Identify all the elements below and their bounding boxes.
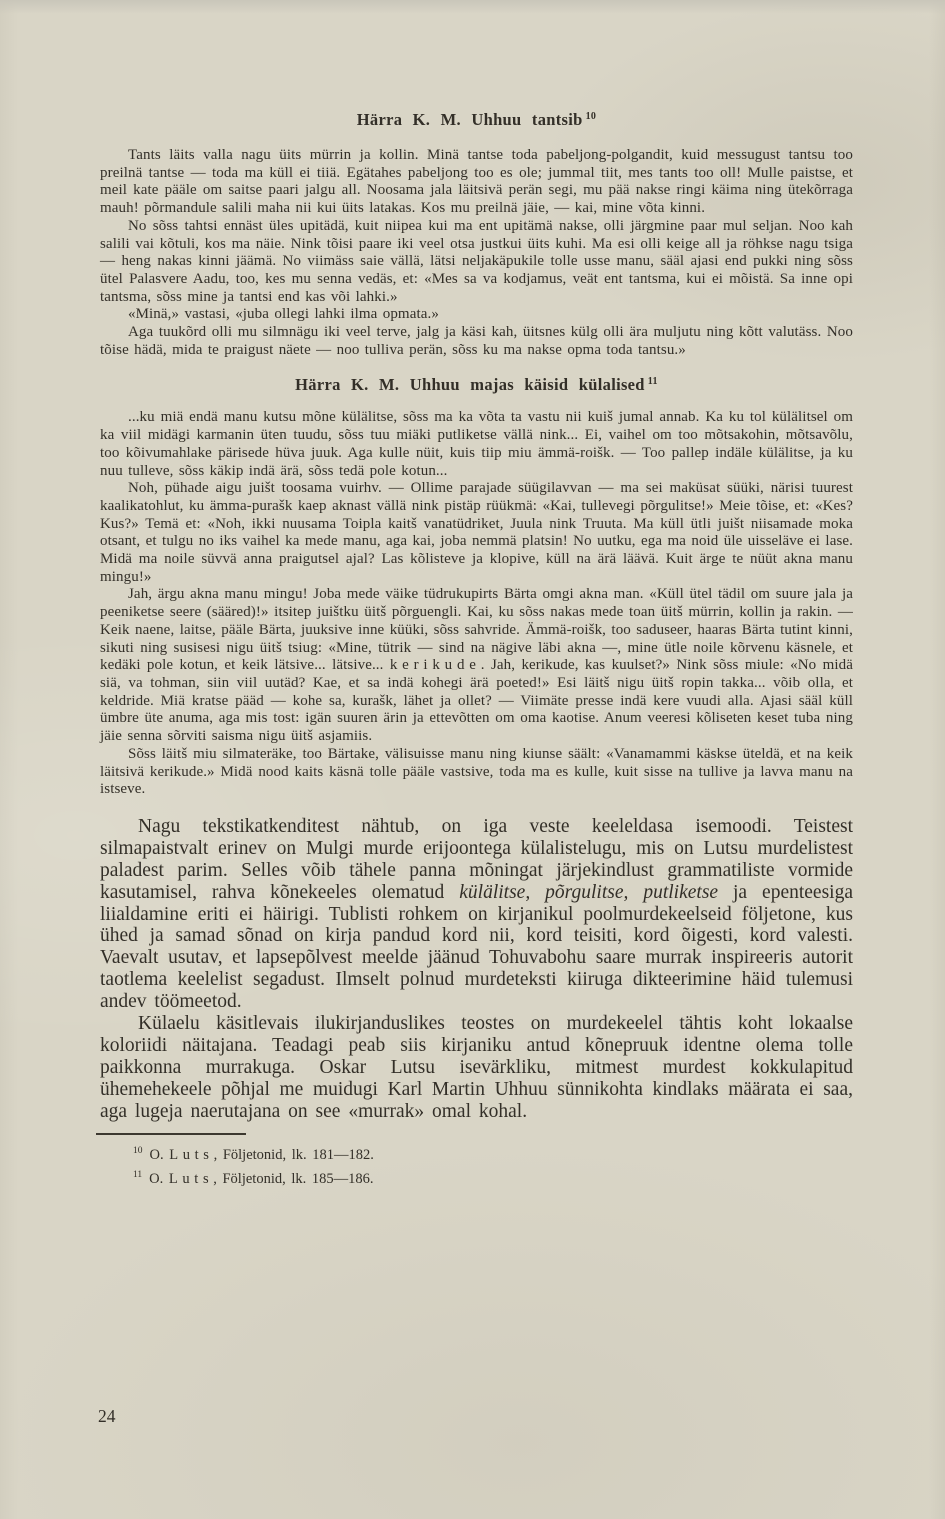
footnotes: 10O. Luts, Följetonid, lk. 181—182. 11O.…	[100, 1142, 853, 1190]
scanned-book-page: { "page": { "number": "24", "paper_color…	[0, 0, 945, 1519]
footnote-10: 10O. Luts, Följetonid, lk. 181—182.	[100, 1142, 853, 1165]
paragraph: Aga tuukõrd olli mu silmnägu iki veel te…	[100, 324, 853, 359]
footnote-11-text: O. Luts, Följetonid, lk. 185—186.	[149, 1171, 373, 1187]
page-content: Härra K. M. Uhhuu tantsib10 Tants läits …	[100, 110, 853, 1190]
footnote-11-marker: 11	[133, 1170, 142, 1180]
section1-heading: Härra K. M. Uhhuu tantsib10	[100, 110, 853, 130]
footnote-10-marker: 10	[133, 1146, 143, 1156]
commentary-paragraph: Nagu tekstikatkenditest nähtub, on iga v…	[100, 816, 853, 1013]
footnote-11: 11O. Luts, Följetonid, lk. 185—186.	[100, 1166, 853, 1189]
section2-heading-text: Härra K. M. Uhhuu majas käisid külalised	[295, 375, 645, 394]
section2-excerpt: ...ku miä endä manu kutsu mõne külälitse…	[100, 409, 853, 798]
footnote-10-text: O. Luts, Följetonid, lk. 181—182.	[150, 1146, 374, 1162]
commentary-text: Nagu tekstikatkenditest nähtub, on iga v…	[100, 816, 853, 1123]
footnote-ref-11: 11	[648, 376, 658, 387]
paragraph: Jah, ärgu akna manu mingu! Joba mede väi…	[100, 586, 853, 745]
section2-heading: Härra K. M. Uhhuu majas käisid külalised…	[100, 375, 853, 395]
paragraph: Sõss läitš miu silmateräke, too Bärtake,…	[100, 746, 853, 799]
paragraph: No sõss tahtsi ennäst üles upitädä, kuit…	[100, 218, 853, 307]
paragraph: ...ku miä endä manu kutsu mõne külälitse…	[100, 409, 853, 480]
footnote-divider	[96, 1133, 246, 1135]
section1-heading-text: Härra K. M. Uhhuu tantsib	[357, 110, 583, 129]
section2: Härra K. M. Uhhuu majas käisid külalised…	[100, 375, 853, 395]
section1-excerpt: Tants läits valla nagu üits mürrin ja ko…	[100, 147, 853, 359]
paragraph: Tants läits valla nagu üits mürrin ja ko…	[100, 147, 853, 218]
footnote-ref-10: 10	[586, 111, 597, 122]
page-number: 24	[98, 1406, 116, 1427]
paragraph: Noh, pühade aigu juišt toosama vuirhv. —…	[100, 480, 853, 586]
section1: Härra K. M. Uhhuu tantsib10	[100, 110, 853, 130]
paragraph: «Minä,» vastasi, «juba ollegi lahki ilma…	[100, 306, 853, 324]
commentary-paragraph: Külaelu käsitlevais ilukirjanduslikes te…	[100, 1013, 853, 1123]
